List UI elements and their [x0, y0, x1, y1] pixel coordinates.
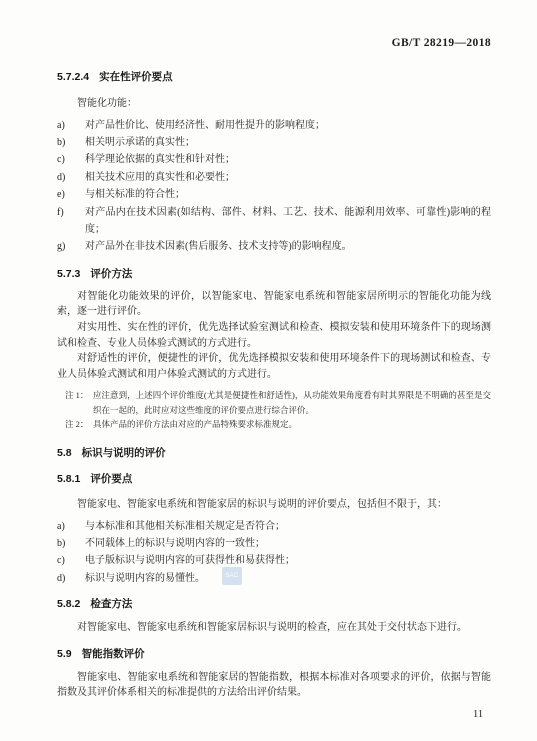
list-item-label: b) — [57, 134, 85, 151]
list-item: f) 对产品内在技术因素(如结构、部件、材料、工艺、技术、能源利用效率、可靠性)… — [57, 204, 491, 239]
list-item-label: f) — [57, 204, 85, 239]
clause-title: 评价要点 — [90, 472, 132, 486]
list-item-text: 对产品内在技术因素(如结构、部件、材料、工艺、技术、能源利用效率、可靠性)影响的… — [85, 204, 491, 239]
clause-title: 检查方法 — [90, 597, 132, 611]
note-text: 应注意到，上述四个评价维度(尤其是便捷性和舒适性)，从功能效果角度看有时其界限是… — [93, 388, 491, 416]
list-item-text: 对产品外在非技术因素(售后服务、技术支持等)的影响程度。 — [85, 238, 491, 255]
note: 注 2： 具体产品的评价方法由对应的产品特殊要求标准规定。 — [65, 417, 491, 431]
note: 注 1： 应注意到，上述四个评价维度(尤其是便捷性和舒适性)，从功能效果角度看有… — [65, 388, 491, 416]
list-item-label: c) — [57, 552, 85, 569]
list-item-label: d) — [57, 169, 85, 186]
clause-heading-5.7.3: 5.7.3 评价方法 — [57, 267, 491, 281]
list-item: a) 与本标准和其他相关标准相关规定是否符合； — [57, 518, 491, 535]
clause-heading-5.8.2: 5.8.2 检查方法 — [57, 597, 491, 611]
list-item-text: 与相关标准的符合性； — [85, 186, 491, 203]
clause-title: 标识与说明的评价 — [82, 446, 166, 460]
list-item-label: d) — [57, 570, 85, 587]
clause-number: 5.8.1 — [57, 472, 80, 486]
list-item-text: 不同载体上的标识与说明内容的一致性； — [85, 535, 491, 552]
list-item-text: 与本标准和其他相关标准相关规定是否符合； — [85, 518, 491, 535]
clause-heading-5.8.1: 5.8.1 评价要点 — [57, 472, 491, 486]
list-item: b) 不同载体上的标识与说明内容的一致性； — [57, 535, 491, 552]
paragraph: 对智能化功能效果的评价，以智能家电、智能家电系统和智能家居所明示的智能化功能为线… — [57, 289, 491, 320]
list-item-text: 科学理论依据的真实性和针对性； — [85, 151, 491, 168]
paragraph: 对智能家电、智能家电系统和智能家居标识与说明的检查，应在其处于交付状态下进行。 — [57, 620, 491, 636]
list-item-label: g) — [57, 238, 85, 255]
list-item-label: c) — [57, 151, 85, 168]
note-text: 具体产品的评价方法由对应的产品特殊要求标准规定。 — [93, 417, 491, 431]
clause-number: 5.7.2.4 — [57, 70, 89, 84]
clause-title: 智能指数评价 — [82, 647, 145, 661]
list-item: b) 相关明示承诺的真实性； — [57, 134, 491, 151]
clause-heading-5.9: 5.9 智能指数评价 — [57, 647, 491, 661]
list-item-text: 相关技术应用的真实性和必要性； — [85, 169, 491, 186]
clause-number: 5.7.3 — [57, 267, 80, 281]
notes-block: 注 1： 应注意到，上述四个评价维度(尤其是便捷性和舒适性)，从功能效果角度看有… — [57, 388, 491, 431]
clause-number: 5.9 — [57, 647, 72, 661]
page-number: 11 — [473, 709, 483, 720]
list-item-label: b) — [57, 535, 85, 552]
list-item-text: 标识与说明内容的易懂性。 — [85, 570, 491, 587]
list-item-text: 相关明示承诺的真实性； — [85, 134, 491, 151]
evaluation-points-list: a) 对产品性价比、使用经济性、耐用性提升的影响程度； b) 相关明示承诺的真实… — [57, 117, 491, 256]
list-item: g) 对产品外在非技术因素(售后服务、技术支持等)的影响程度。 — [57, 238, 491, 255]
clause-title: 实在性评价要点 — [99, 70, 173, 84]
list-item: e) 与相关标准的符合性； — [57, 186, 491, 203]
list-item-label: a) — [57, 518, 85, 535]
list-item: d) 标识与说明内容的易懂性。 — [57, 570, 491, 587]
clause-heading-5.7.2.4: 5.7.2.4 实在性评价要点 — [57, 70, 491, 84]
sac-watermark-icon: SAC — [222, 567, 242, 585]
list-intro: 智能化功能： — [57, 96, 491, 112]
note-label: 注 2： — [65, 417, 93, 431]
paragraph: 对舒适性的评价，便捷性的评价，优先选择模拟安装和使用环境条件下的现场测试和检查、… — [57, 351, 491, 382]
list-item: c) 电子版标识与说明内容的可获得性和易获得性； — [57, 552, 491, 569]
page-content: 5.7.2.4 实在性评价要点 智能化功能： a) 对产品性价比、使用经济性、耐… — [57, 70, 491, 701]
doc-number: GB/T 28219—2018 — [392, 37, 491, 49]
clause-heading-5.8: 5.8 标识与说明的评价 — [57, 446, 491, 460]
clause-title: 评价方法 — [90, 267, 132, 281]
clause-number: 5.8.2 — [57, 597, 80, 611]
marking-points-list: a) 与本标准和其他相关标准相关规定是否符合； b) 不同载体上的标识与说明内容… — [57, 518, 491, 588]
list-item-text: 电子版标识与说明内容的可获得性和易获得性； — [85, 552, 491, 569]
paragraph: 智能家电、智能家电系统和智能家居的智能指数，根据本标准对各项要求的评价，依据与智… — [57, 670, 491, 701]
list-intro: 智能家电、智能家电系统和智能家居的标识与说明的评价要点，包括但不限于，其： — [57, 497, 491, 513]
list-item-label: a) — [57, 117, 85, 134]
list-item-text: 对产品性价比、使用经济性、耐用性提升的影响程度； — [85, 117, 491, 134]
clause-number: 5.8 — [57, 446, 72, 460]
standard-document-page: GB/T 28219—2018 5.7.2.4 实在性评价要点 智能化功能： a… — [0, 0, 537, 741]
note-label: 注 1： — [65, 388, 93, 416]
paragraph: 对实用性、实在性的评价，优先选择试验室测试和检查、模拟安装和使用环境条件下的现场… — [57, 320, 491, 351]
list-item: c) 科学理论依据的真实性和针对性； — [57, 151, 491, 168]
list-item-label: e) — [57, 186, 85, 203]
list-item: d) 相关技术应用的真实性和必要性； — [57, 169, 491, 186]
list-item: a) 对产品性价比、使用经济性、耐用性提升的影响程度； — [57, 117, 491, 134]
